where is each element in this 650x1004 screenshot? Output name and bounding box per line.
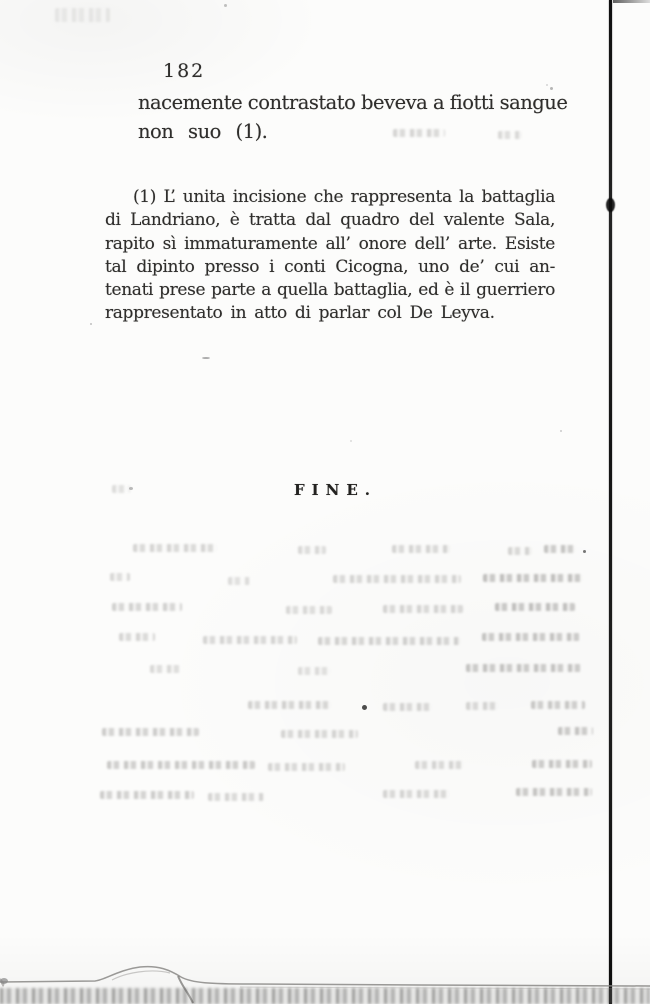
footnote-line: rapito sì immaturamente all’ onore dell’…	[105, 233, 555, 256]
footnote-line: di Landriano, è tratta dal quadro del va…	[105, 209, 555, 232]
bleed-through-line	[482, 633, 580, 641]
bleed-through-line	[268, 763, 345, 771]
footnote-paragraph: (1) L’ unita incisione che rappresenta l…	[105, 186, 555, 326]
bleed-through-line	[383, 790, 450, 798]
bleed-through-line	[508, 547, 532, 555]
bleed-through-line	[298, 546, 326, 554]
bleed-through-line	[55, 8, 110, 22]
bleed-through-line	[558, 727, 593, 735]
bleed-through-line	[119, 633, 155, 641]
ink-speck	[129, 487, 133, 490]
page-number: 182	[163, 60, 205, 82]
binding-knot-mark	[606, 198, 615, 212]
bleed-through-line	[112, 485, 130, 493]
ink-speck	[0, 978, 8, 984]
page-stack-texture	[0, 988, 650, 1004]
top-edge-streak	[613, 0, 650, 3]
footnote-line: tal dipinto presso i conti Cicogna, uno …	[105, 256, 555, 279]
ink-speck	[583, 550, 586, 553]
ink-speck	[362, 705, 367, 710]
bleed-through-line	[393, 129, 445, 137]
footnote-line: (1) L’ unita incisione che rappresenta l…	[105, 186, 555, 209]
ink-speck	[224, 4, 227, 7]
ink-speck	[550, 87, 553, 90]
bleed-through-line	[383, 703, 432, 711]
ink-speck	[546, 84, 548, 86]
bleed-through-line	[383, 605, 463, 613]
bleed-through-line	[531, 701, 585, 709]
bleed-through-line	[286, 606, 332, 614]
ink-speck	[90, 323, 92, 325]
body-line: nacemente contrastato beveva a fiotti sa…	[138, 88, 537, 117]
bleed-through-line	[333, 575, 461, 583]
bleed-through-line	[100, 791, 194, 799]
ink-speck	[202, 357, 210, 359]
bleed-through-line	[203, 636, 297, 644]
bleed-through-line	[318, 637, 460, 645]
bleed-through-line	[498, 131, 522, 139]
bleed-through-line	[228, 577, 250, 585]
bleed-through-line	[150, 665, 180, 673]
bleed-through-line	[208, 793, 264, 801]
bleed-through-line	[107, 761, 255, 769]
bleed-through-line	[392, 545, 450, 553]
bleed-through-line	[516, 788, 592, 796]
bleed-through-line	[466, 702, 499, 710]
scan-binding-edge	[609, 0, 612, 1004]
ink-speck	[350, 440, 352, 442]
bleed-through-line	[466, 664, 581, 672]
ink-speck	[560, 430, 562, 432]
bleed-through-line	[102, 728, 199, 736]
body-paragraph: nacemente contrastato beveva a fiotti sa…	[138, 88, 537, 146]
book-page: 182 nacemente contrastato beveva a fiott…	[0, 0, 650, 1004]
bleed-through-line	[298, 667, 331, 675]
body-line: non suo (1).	[138, 117, 537, 146]
bleed-through-line	[110, 573, 130, 581]
bleed-through-line	[415, 761, 464, 769]
footnote-line: rappresentato in atto di parlar col De L…	[105, 302, 555, 325]
end-mark: FINE.	[294, 481, 377, 499]
bleed-through-line	[483, 574, 583, 582]
bleed-through-line	[544, 545, 576, 553]
bleed-through-line	[248, 701, 332, 709]
footnote-line: tenati prese parte a quella battaglia, e…	[105, 279, 555, 302]
bleed-through-line	[532, 760, 592, 768]
bleed-through-line	[495, 603, 575, 611]
bleed-through-line	[133, 544, 218, 552]
bleed-through-line	[281, 730, 358, 738]
bleed-through-line	[112, 603, 182, 611]
